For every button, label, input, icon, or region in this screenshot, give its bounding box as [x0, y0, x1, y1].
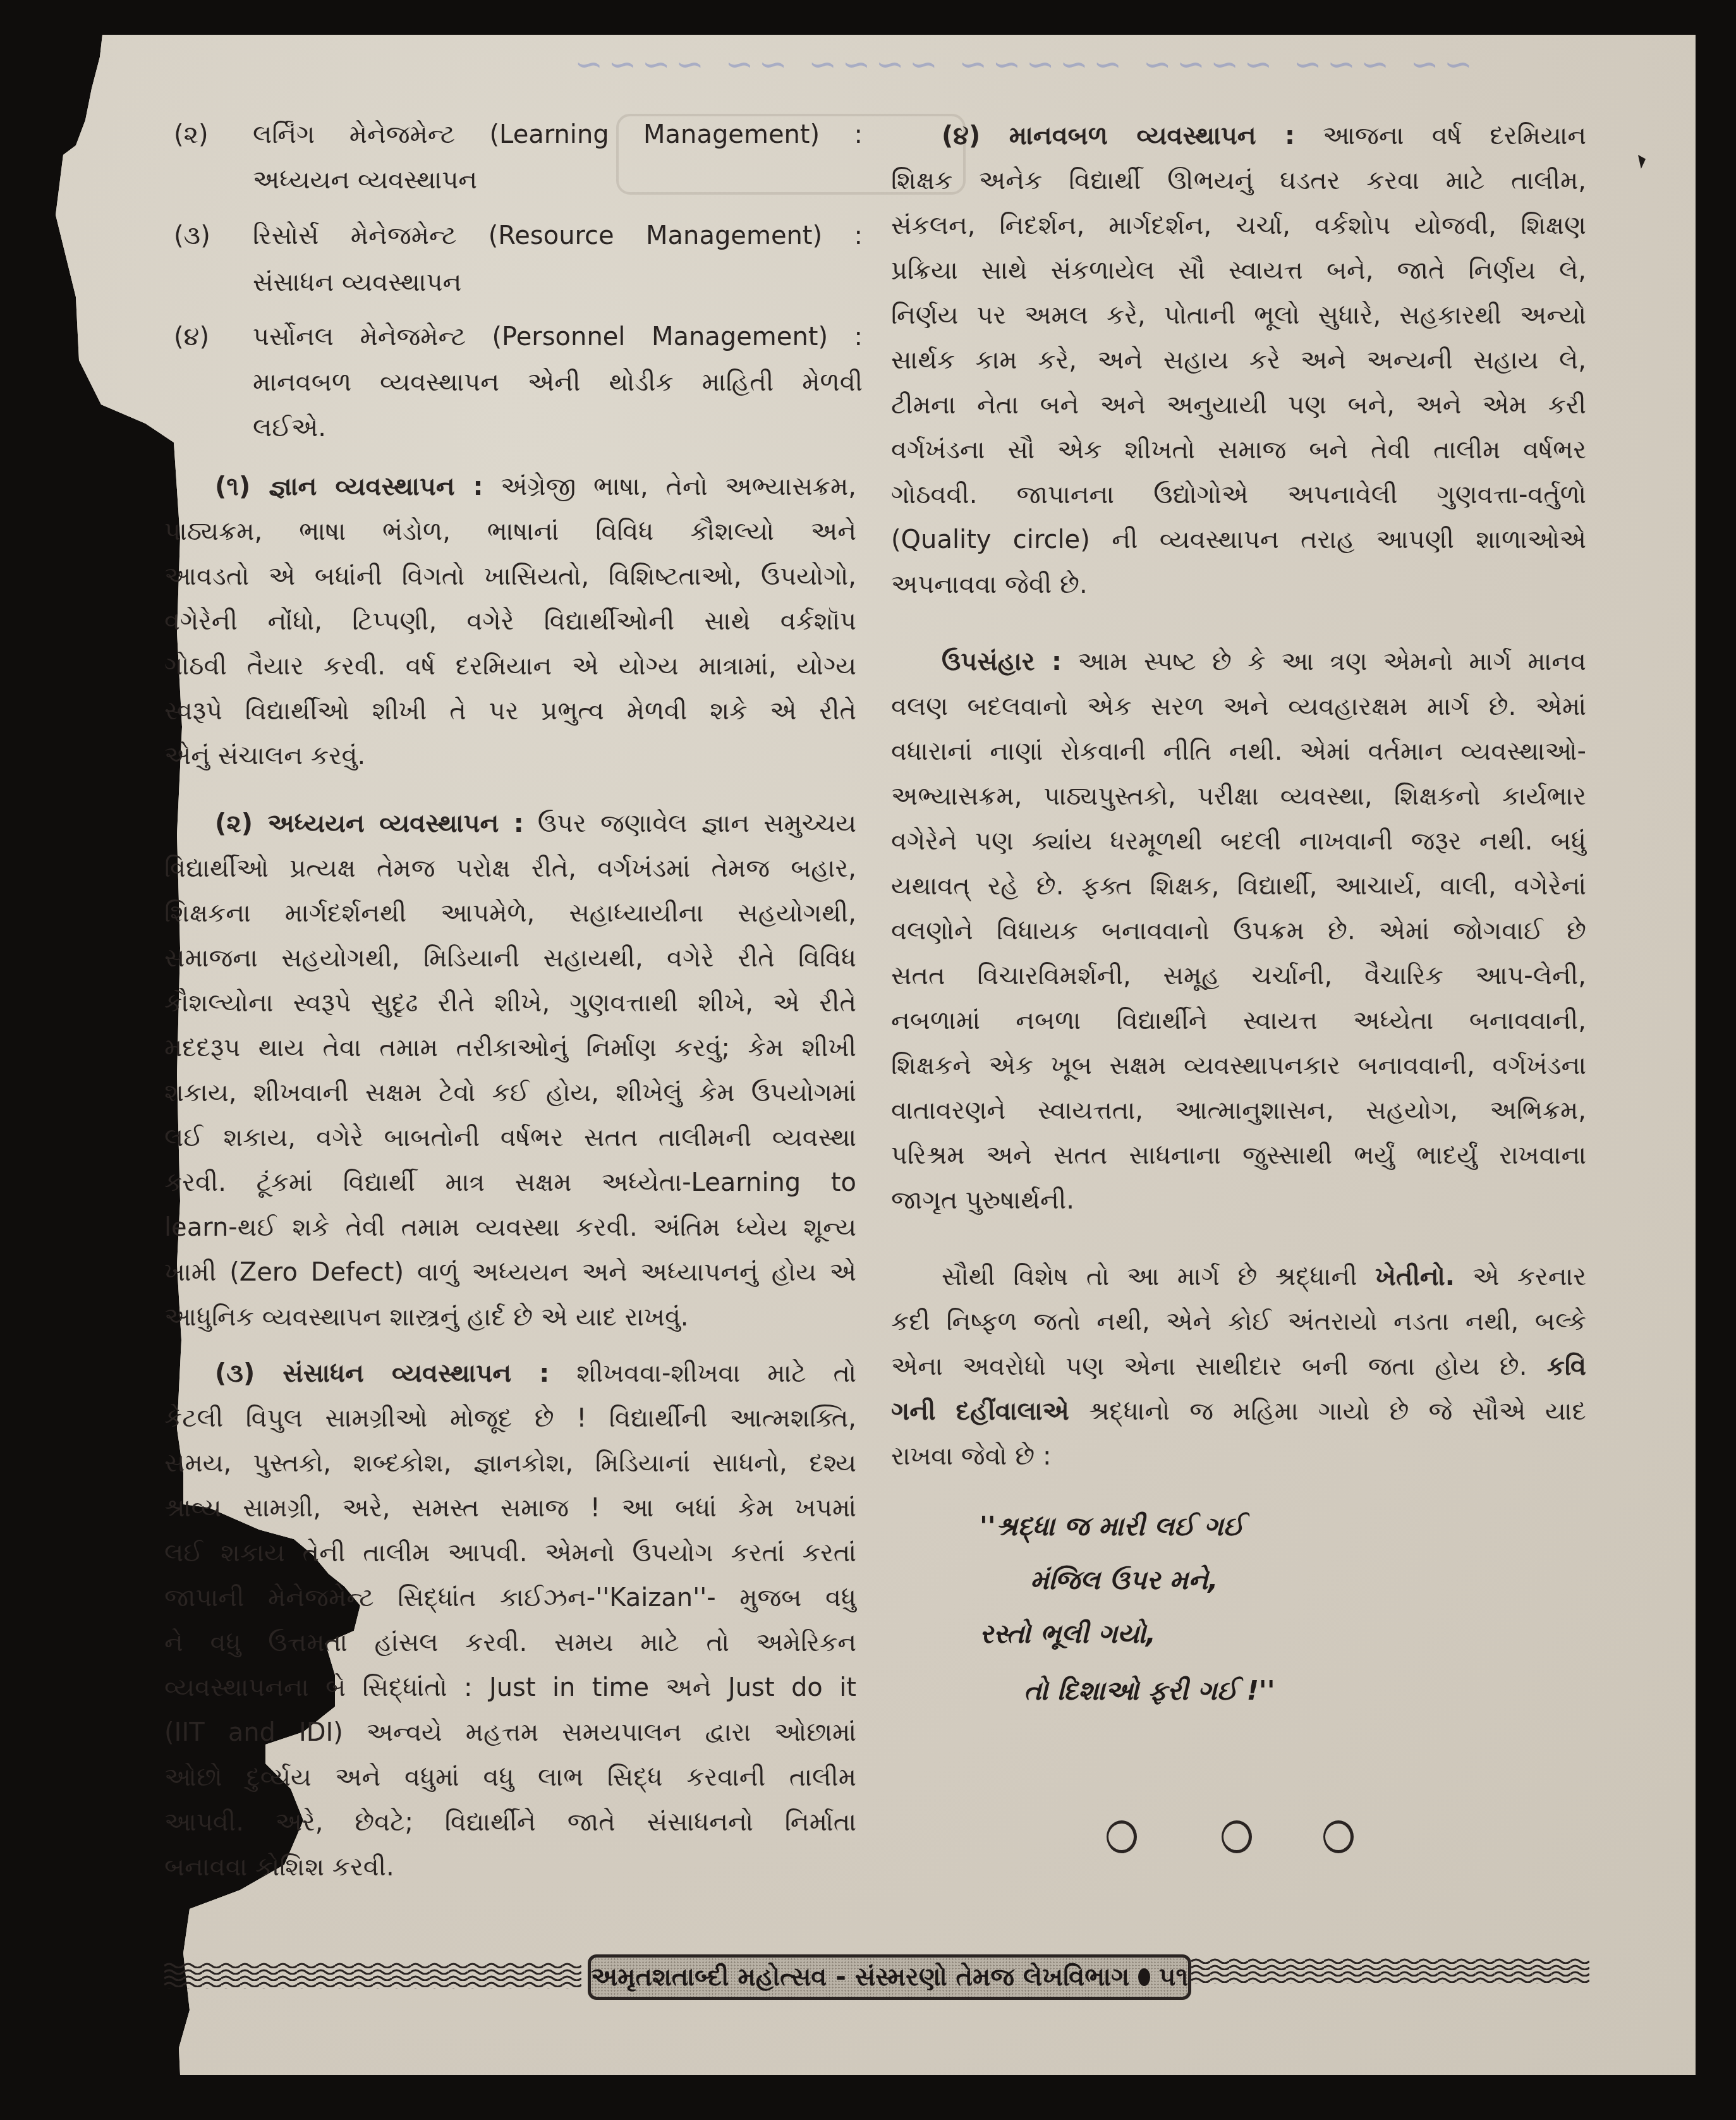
bullet-icon: [1138, 1968, 1150, 1986]
text-line: પરિશ્રમ અને સતત સાધનાના જુસ્સાથી ભર્યું …: [891, 1133, 1586, 1178]
text-line: આધુનિક વ્યવસ્થાપન શાસ્ત્રનું હાર્દ છે એ …: [164, 1295, 689, 1340]
text-line: ગોઠવી તૈયાર કરવી. વર્ષ દરમિયાન એ યોગ્ય મ…: [164, 644, 856, 689]
text-line: (Quality circle) ની વ્યવસ્થાપન તરાહ આપણી…: [891, 518, 1586, 563]
page-number: ૫૧: [1159, 1963, 1188, 1992]
text-line: એનું સંચાલન કરવું.: [164, 734, 365, 779]
text-line: આવડતો એ બધાંની વિગતો ખાસિયતો, વિશિષ્ટતાઓ…: [164, 554, 856, 599]
text-line: નિર્ણય પર અમલ કરે, પોતાની ભૂલો સુધારે, સ…: [891, 293, 1586, 338]
list-item-line: લઈએ.: [253, 413, 326, 442]
section-heading: ઉપસંહાર :: [942, 647, 1062, 676]
list-number: (૨): [174, 120, 209, 149]
text-line: શકાય, શીખવાની સક્ષમ ટેવો કઈ હોય, શીખેલું…: [164, 1071, 856, 1116]
list-item-line: અધ્યયન વ્યવસ્થાપન: [253, 166, 477, 195]
text-line: વ્યવસ્થાપનના બે સિદ્ધાંતો : Just in time…: [164, 1666, 856, 1710]
list-item-line: પર્સોનલ મેનેજમેન્ટ (Personnel Management…: [253, 322, 863, 351]
text-line: સૌથી વિશેષ તો આ માર્ગ છે શ્રદ્ધાની ખેતીન…: [942, 1255, 1586, 1300]
text-line: જાપાની મેનેજમેન્ટ સિદ્ધાંત કાઈઝન-''Kaiza…: [164, 1576, 856, 1621]
text-line: કદી નિષ્ફળ જતો નથી, એને કોઈ અંતરાયો નડતા…: [891, 1300, 1586, 1344]
text-line: વિદ્યાર્થીઓ પ્રત્યક્ષ તેમજ પરોક્ષ રીતે, …: [164, 846, 856, 891]
text-line: કેટલી વિપુલ સામગ્રીઓ મોજૂદ છે ! વિદ્યાર્…: [164, 1396, 856, 1441]
wavy-lines-right-icon: [1191, 1958, 1589, 1984]
poem-line: તો દિશાઓ ફરી ગઈ !'': [1024, 1675, 1275, 1707]
text-line: શિક્ષકને એક ખૂબ સક્ષમ વ્યવસ્થાપનકાર બનાવ…: [891, 1044, 1586, 1088]
text-line: પ્રક્રિયા સાથે સંકળાયેલ સૌ સ્વાયત્ત બને,…: [891, 248, 1586, 293]
text-line: આપવી. અરે, છેવટે; વિદ્યાર્થીને જાતે સંસા…: [164, 1800, 856, 1845]
text-line: વાતાવરણને સ્વાયત્તતા, આત્માનુશાસન, સહયોગ…: [891, 1088, 1586, 1133]
section-first-line: ઉપસંહાર : આમ સ્પષ્ટ છે કે આ ત્રણ એમનો મા…: [942, 640, 1586, 685]
section-first-line: (૧) જ્ઞાન વ્યવસ્થાપન : અંગ્રેજી ભાષા, તે…: [215, 465, 856, 509]
handwriting-showthrough: ~~ ~~~ ~~~~ ~~~~~ ~~~~ ~~ ~~~~: [360, 44, 1472, 101]
text-line: અપનાવવા જેવી છે.: [891, 563, 1088, 607]
text-line: learn-થઈ શકે તેવી તમામ વ્યવસ્થા કરવી. અં…: [164, 1205, 856, 1250]
section-heading: (૪) માનવબળ વ્યવસ્થાપન :: [942, 121, 1295, 150]
footer-banner: અમૃતશતાબ્દી મહોત્સવ - સંસ્મરણો તેમજ લેખવ…: [588, 1954, 1191, 2000]
text-line: વગેરેને પણ ક્યાંય ધરમૂળથી બદલી નાખવાની જ…: [891, 819, 1586, 864]
poem-line: ''શ્રદ્ધા જ મારી લઈ ગઈ: [980, 1511, 1244, 1542]
text-line: વધારાનાં નાણાં રોકવાની નીતિ નથી. એમાં વર…: [891, 729, 1586, 774]
list-item-line: માનવબળ વ્યવસ્થાપન એની થોડીક માહિતી મેળવી: [253, 368, 863, 397]
text-line: લઈ શકાય તેની તાલીમ આપવી. એમનો ઉપયોગ કરતા…: [164, 1531, 856, 1576]
text-line: એના અવરોધો પણ એના સાથીદાર બની જતા હોય છે…: [891, 1344, 1586, 1389]
text-line: સતત વિચારવિમર્શની, સમૂહ ચર્ચાની, વૈચારિક…: [891, 954, 1586, 999]
list-number: (૩): [174, 221, 210, 250]
text-line: નબળામાં નબળા વિદ્યાર્થીને સ્વાયત્ત અધ્યે…: [891, 999, 1586, 1044]
circle-icon: [1222, 1820, 1252, 1853]
section-first-line: (૪) માનવબળ વ્યવસ્થાપન : આજના વર્ષ દરમિયા…: [942, 114, 1586, 159]
text-line: ગોઠવવી. જાપાનના ઉદ્યોગોએ અપનાવેલી ગુણવત્…: [891, 473, 1586, 518]
page-footer: અમૃતશતાબ્દી મહોત્સવ - સંસ્મરણો તેમજ લેખવ…: [161, 1944, 1596, 2007]
text-line: યથાવત્ રહે છે. ફક્ત શિક્ષક, વિદ્યાર્થી, …: [891, 864, 1586, 909]
text-line: ખામી (Zero Defect) વાળું અધ્યયન અને અધ્ય…: [164, 1250, 856, 1295]
text-line: ઓછો દુર્વ્યય અને વધુમાં વધુ લાભ સિદ્ધ કર…: [164, 1755, 856, 1800]
section-heading: (૩) સંસાધન વ્યવસ્થાપન :: [215, 1359, 549, 1388]
text-line: અભ્યાસક્રમ, પાઠ્યપુસ્તકો, પરીક્ષા વ્યવસ્…: [891, 774, 1586, 819]
text-line: વગેરેની નોંધો, ટિપ્પણી, વગેરે વિદ્યાર્થી…: [164, 599, 856, 644]
text-line: રાખવા જેવો છે :: [891, 1434, 1051, 1479]
text-line: સ્વરૂપે વિદ્યાર્થીઓ શીખી તે પર પ્રભુત્વ …: [164, 689, 856, 734]
circle-icon: [1323, 1820, 1354, 1853]
text-line: સમાજના સહયોગથી, મિડિયાની સહાયથી, વગેરે ર…: [164, 936, 856, 981]
list-item-line: સંસાધન વ્યવસ્થાપન: [253, 268, 461, 297]
footer-banner-text: અમૃતશતાબ્દી મહોત્સવ - સંસ્મરણો તેમજ લેખવ…: [591, 1963, 1129, 1992]
text-line: પાઠ્યક્રમ, ભાષા ભંડોળ, ભાષાનાં વિવિધ કૌશ…: [164, 509, 856, 554]
section-heading: (૧) જ્ઞાન વ્યવસ્થાપન :: [215, 472, 483, 501]
section-heading: (૨) અધ્યયન વ્યવસ્થાપન :: [215, 809, 524, 838]
poem-line: રસ્તો ભૂલી ગયો,: [980, 1618, 1156, 1650]
text-line: વર્ગખંડના સૌ એક શીખતો સમાજ બને તેવી તાલી…: [891, 428, 1586, 473]
text-line: સાર્થક કામ કરે, અને સહાય કરે અને અન્યની …: [891, 338, 1586, 383]
section-first-line: (૨) અધ્યયન વ્યવસ્થાપન : ઉપર જણાવેલ જ્ઞાન…: [215, 801, 856, 846]
circle-icon: [1107, 1820, 1137, 1853]
text-line: કરવી. ટૂંકમાં વિદ્યાર્થી માત્ર સક્ષમ અધ્…: [164, 1161, 856, 1205]
text-line: (IIT and IDI) અન્વયે મહત્તમ સમયપાલન દ્વા…: [164, 1710, 856, 1755]
text-line: વલણોને વિધાયક બનાવવાનો ઉપક્રમ છે. એમાં જ…: [891, 909, 1586, 954]
text-line: ટીમના નેતા બને અને અનુયાયી પણ બને, અને એ…: [891, 383, 1586, 428]
list-item-line: રિસોર્સ મેનેજમેન્ટ (Resource Management)…: [253, 221, 863, 250]
text-line: બનાવવા કોશિશ કરવી.: [164, 1845, 394, 1890]
text-line: કૌશલ્યોના સ્વરૂપે સુદૃઢ રીતે શીખે, ગુણવત…: [164, 981, 856, 1026]
text-line: મદદરૂપ થાય તેવા તમામ તરીકાઓનું નિર્માણ ક…: [164, 1026, 856, 1071]
poem-line: મંજિલ ઉપર મને,: [1030, 1564, 1218, 1596]
text-line: લઈ શકાય, વગેરે બાબતોની વર્ષભર સતત તાલીમન…: [164, 1116, 856, 1161]
text-line: જાગૃત પુરુષાર્થની.: [891, 1178, 1074, 1223]
text-line: ને વધુ ઉત્તમતા હાંસલ કરવી. સમય માટે તો અ…: [164, 1621, 856, 1666]
text-line: ગની દહીંવાલાએ શ્રદ્ધાનો જ મહિમા ગાયો છે …: [891, 1389, 1586, 1434]
text-line: સંકલન, નિદર્શન, માર્ગદર્શન, ચર્ચા, વર્કશ…: [891, 204, 1586, 248]
wavy-lines-left-icon: [164, 1962, 581, 1989]
text-line: શિક્ષકના માર્ગદર્શનથી આપમેળે, સહાધ્યાયીન…: [164, 891, 856, 936]
text-line: શ્રાવ્ય સામગ્રી, અરે, સમસ્ત સમાજ ! આ બધા…: [164, 1486, 856, 1531]
text-line: શિક્ષક અનેક વિદ્યાર્થી ઊભયનું ઘડતર કરવા …: [891, 159, 1586, 204]
list-item-line: લર્નિંગ મેનેજમેન્ટ (Learning Management)…: [253, 120, 863, 149]
section-first-line: (૩) સંસાધન વ્યવસ્થાપન : શીખવવા-શીખવા માટ…: [215, 1351, 856, 1396]
text-line: વલણ બદલવાનો એક સરળ અને વ્યવહારક્ષમ માર્ગ…: [891, 685, 1586, 729]
text-line: સમય, પુસ્તકો, શબ્દકોશ, જ્ઞાનકોશ, મિડિયાન…: [164, 1441, 856, 1486]
list-number: (૪): [174, 322, 209, 351]
